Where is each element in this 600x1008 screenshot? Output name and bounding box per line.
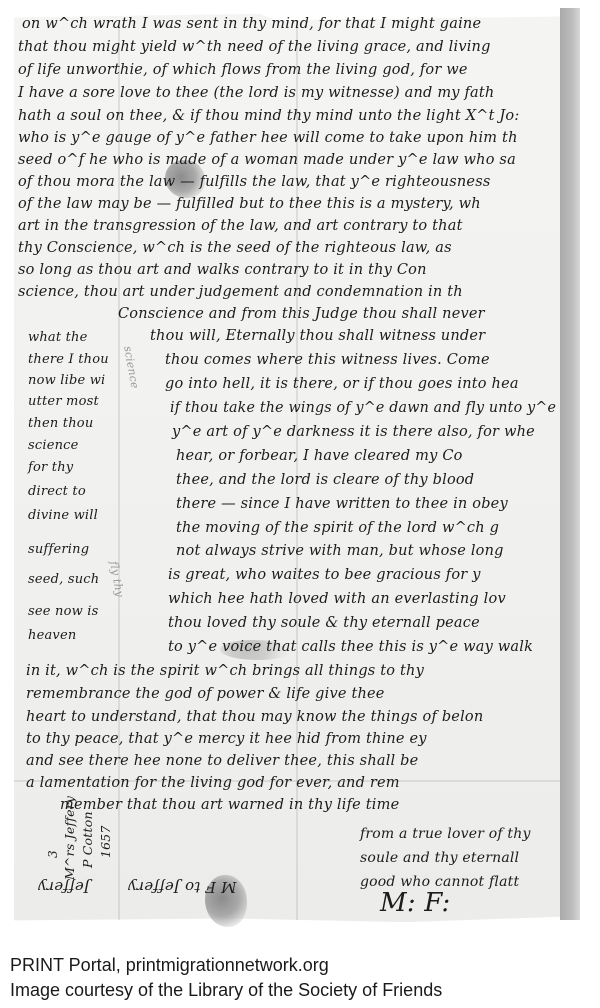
margin-line: see now is [28,604,98,619]
body-line: not always strive with man, but whose lo… [176,543,504,559]
body-line: the moving of the spirit of the lord w^c… [176,520,499,536]
endorsement-line: M^rs Jeffery [62,796,77,880]
body-line: y^e art of y^e darkness it is there also… [172,424,535,440]
body-line: of life unworthie, of which flows from t… [18,62,468,78]
signature-initials: M: F: [380,888,451,918]
body-line: Conscience and from this Judge thou shal… [118,306,485,322]
margin-line: then thou [28,416,93,431]
body-line: to y^e voice that calls thee this is y^e… [168,639,533,655]
body-line: thou loved thy soule & thy eternall peac… [168,615,480,631]
margin-line: seed, such [28,572,99,587]
body-line: seed o^f he who is made of a woman made … [18,152,516,168]
body-line: thou comes where this witness lives. Com… [165,352,490,368]
margin-line: suffering [28,542,89,557]
body-line: of thou mora the law — fulfills the law,… [18,174,491,190]
margin-line: divine will [28,508,98,523]
margin-line: science [28,438,79,453]
body-line: in it, w^ch is the spirit w^ch brings al… [26,663,424,679]
body-line: a lamentation for the living god for eve… [26,775,400,791]
endorsement-date: 1657 [98,825,113,858]
caption-source: PRINT Portal, printmigrationnetwork.org [10,955,329,976]
body-line: thee, and the lord is cleare of thy bloo… [176,472,474,488]
body-line: hath a soul on thee, & if thou mind thy … [18,108,519,124]
body-line: which hee hath loved with an everlasting… [168,591,506,607]
margin-line: direct to [28,484,86,499]
margin-line: there I thou [28,352,109,367]
body-line: is great, who waites to bee gracious for… [168,567,481,583]
margin-line: for thy [28,460,73,475]
body-line: science, thou art under judgement and co… [18,284,463,300]
body-line: thou will, Eternally thou shall witness … [150,328,485,344]
body-line: so long as thou art and walks contrary t… [18,262,427,278]
body-line: hear, or forbear, I have cleared my Co [176,448,463,464]
body-line: member that thou art warned in thy life … [60,797,399,813]
body-line: of the law may be — fulfilled but to the… [18,196,481,212]
manuscript-scan: on w^ch wrath I was sent in thy mind, fo… [0,0,600,935]
body-line: to thy peace, that y^e mercy it hee hid … [26,731,427,747]
body-line: on w^ch wrath I was sent in thy mind, fo… [22,16,481,32]
body-line: who is y^e gauge of y^e father hee will … [18,130,518,146]
body-line: that thou might yield w^th need of the l… [18,39,491,55]
margin-line: now libe wi [28,373,105,388]
body-line: I have a sore love to thee (the lord is … [18,85,494,101]
body-line: heart to understand, that thou may know … [26,709,483,725]
body-line: if thou take the wings of y^e dawn and f… [170,400,556,416]
page-edge-shadow [560,8,580,920]
endorsement-line: P Cotton [80,811,95,868]
address-upside-down: Jeffery [38,878,90,896]
endorsement-number: 3 [46,850,60,858]
body-line: and see there hee none to deliver thee, … [26,753,418,769]
body-line: there — since I have written to thee in … [176,496,508,512]
body-line: remembrance the god of power & life give… [26,686,385,702]
address-upside-down: M F to Jeffery [128,878,236,896]
closing-line: from a true lover of thy [360,826,531,842]
caption-credit: Image courtesy of the Library of the Soc… [10,980,442,1001]
margin-line: what the [28,330,88,345]
closing-line: soule and thy eternall [360,850,519,866]
margin-line: heaven [28,628,76,643]
body-line: art in the transgression of the law, and… [18,218,463,234]
margin-line: utter most [28,394,99,409]
body-line: go into hell, it is there, or if thou go… [165,376,519,392]
body-line: thy Conscience, w^ch is the seed of the … [18,240,452,256]
